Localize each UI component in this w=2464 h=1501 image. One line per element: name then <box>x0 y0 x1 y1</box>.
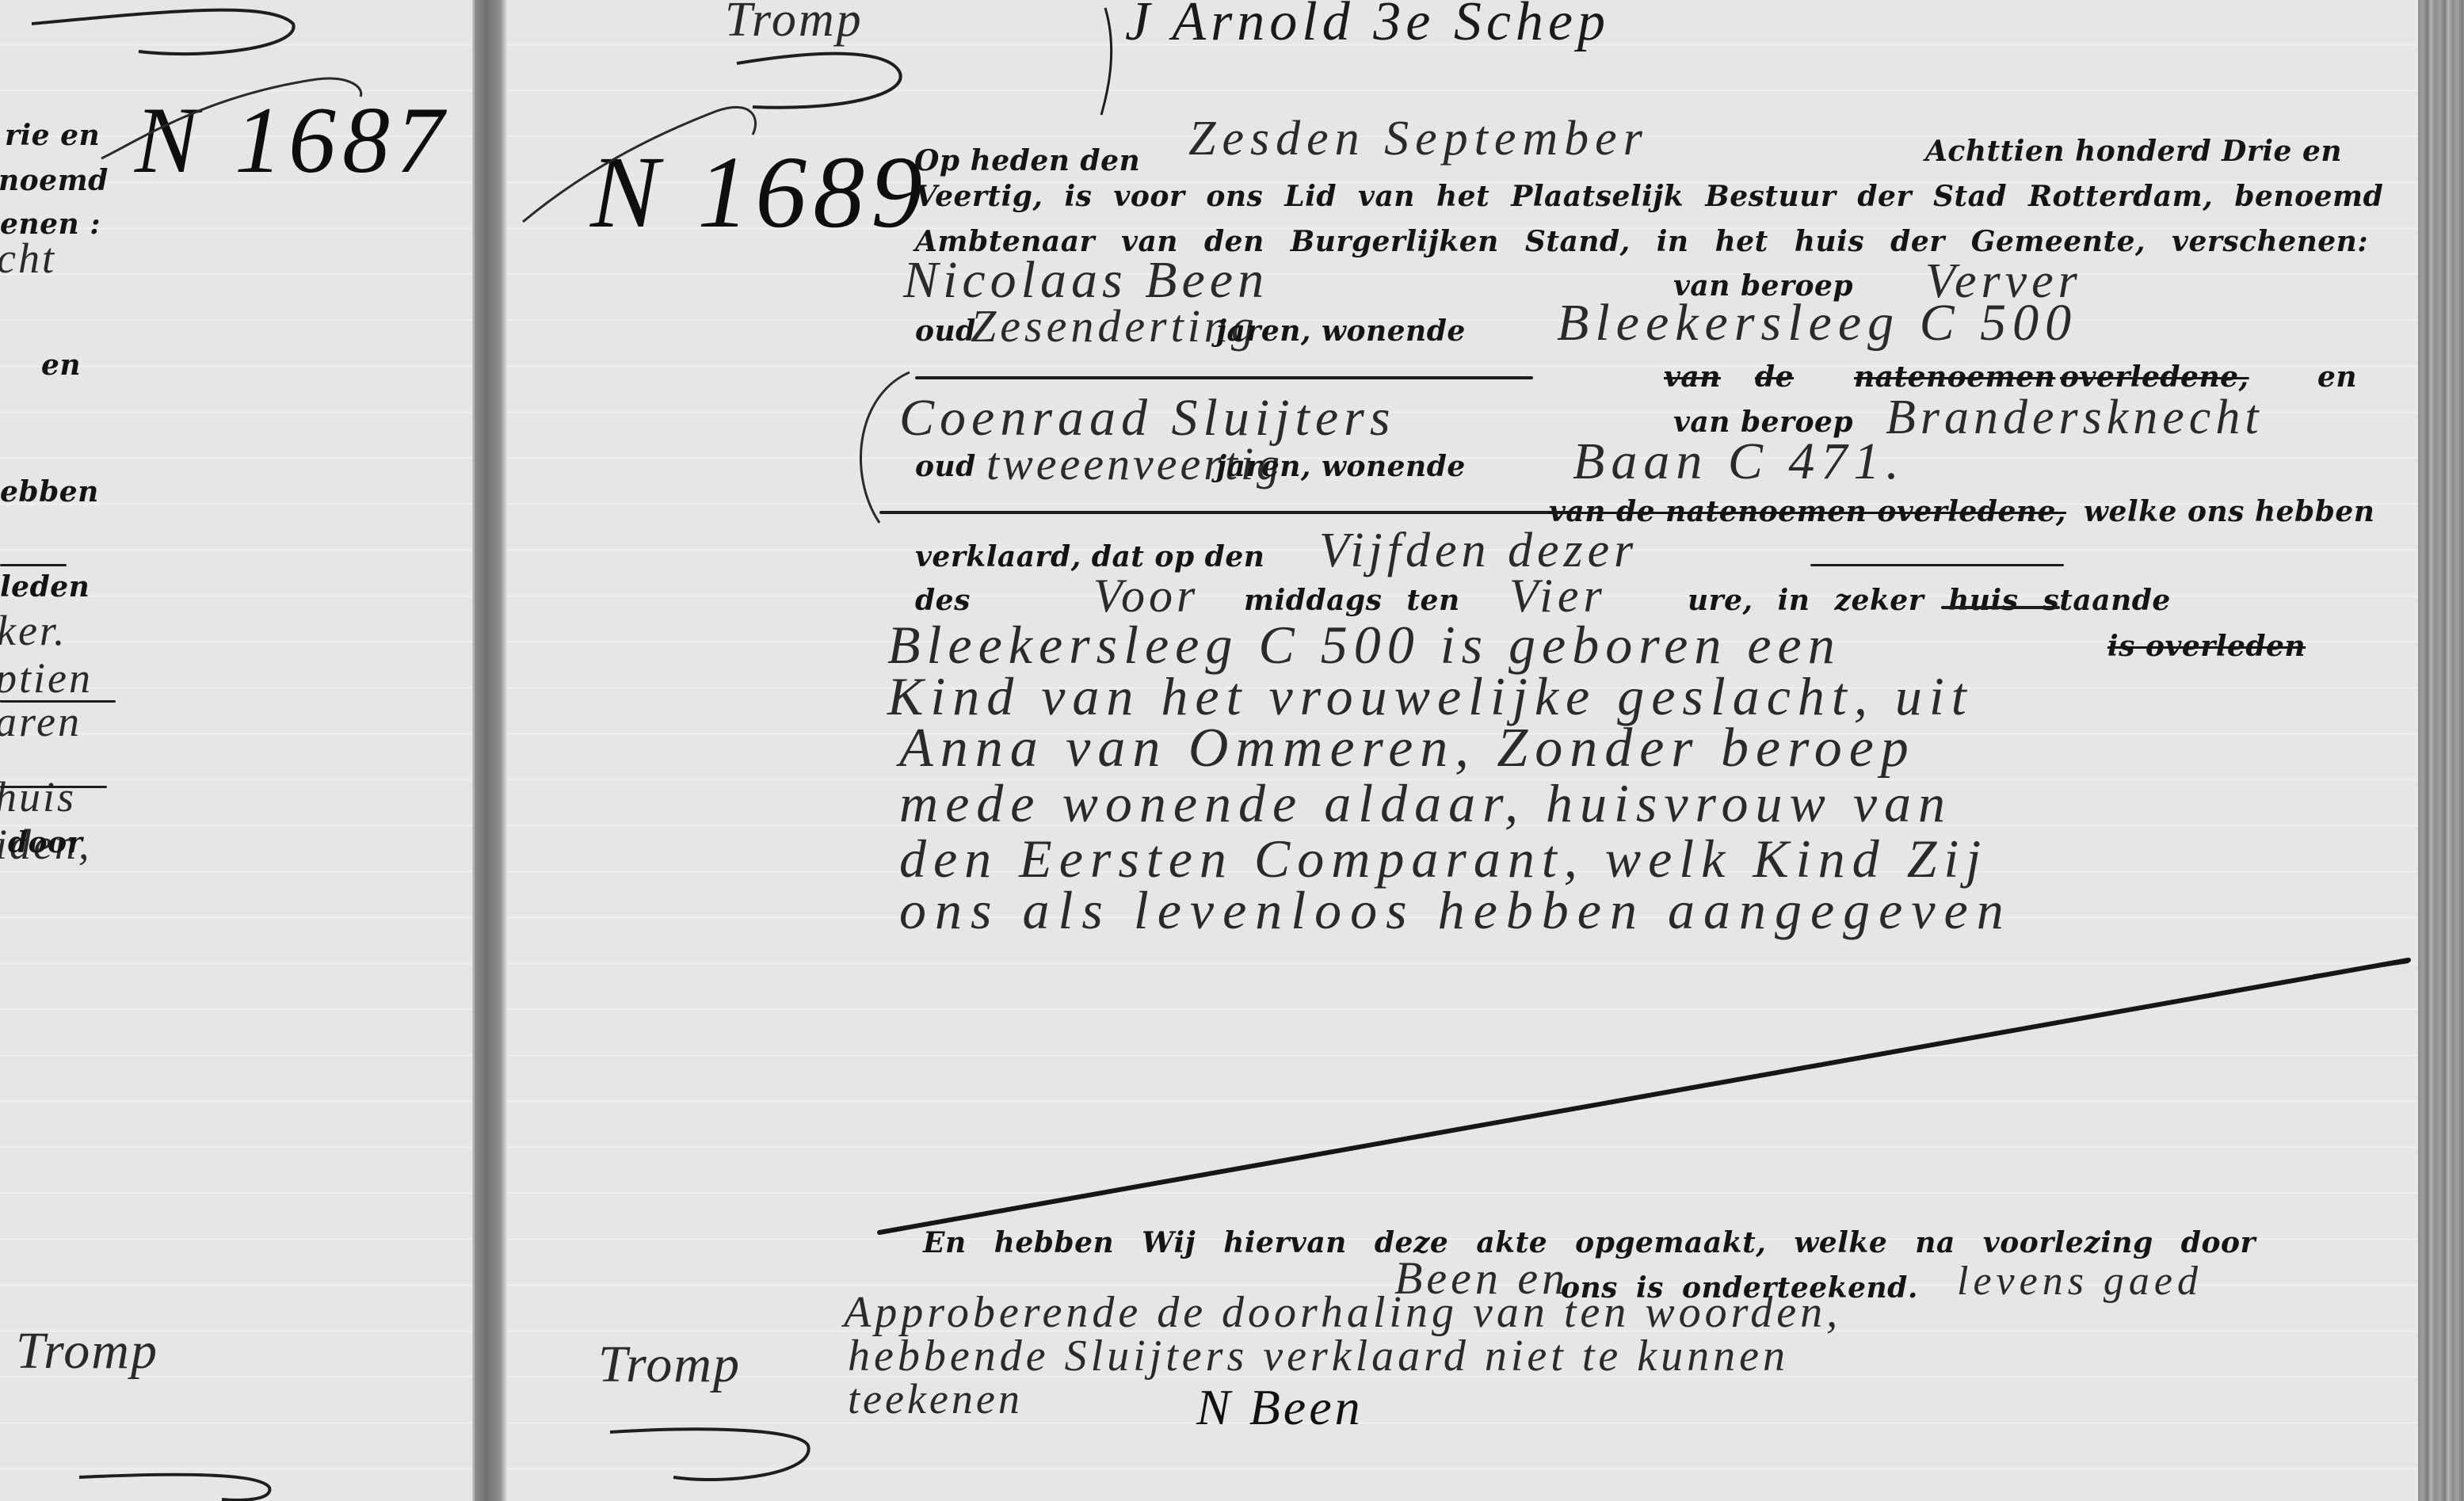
handwritten-declarant-address: Bleekersleeg C 500 <box>1557 293 2077 353</box>
printed-line-2: Veertig, is voor ons Lid van het Plaatse… <box>915 180 2383 213</box>
left-printed-fragment: leden <box>0 570 90 604</box>
right-page-edge <box>2418 0 2464 1501</box>
signature-official: Tromp <box>598 1335 741 1395</box>
printed-closing-1: En hebben Wij hiervan deze akte opgemaak… <box>923 1226 2256 1259</box>
handwritten-declarant-age: Zesenderting <box>971 299 1258 352</box>
printed-jaren-wonende-2: jaren, wonende <box>1216 450 1466 483</box>
printed-verklaard: verklaard, dat op den <box>915 540 1264 573</box>
left-printed-fragment: noemd <box>0 164 109 197</box>
left-rule <box>0 564 67 566</box>
left-printed-fragment: ebben <box>0 475 99 509</box>
printed-middags-ten: middags ten <box>1244 584 1460 617</box>
struck-natenoemen: natenoemen <box>1854 360 2055 394</box>
left-rule <box>0 786 107 788</box>
blank-line-rule <box>1810 564 2064 566</box>
left-handwritten-fragment: aren <box>0 697 82 746</box>
right-page: Tromp J Arnold 3e Schep N 1689 Op heden … <box>507 0 2418 1501</box>
printed-ure-huis: ure, in zeker huis staande <box>1688 584 2171 617</box>
handwritten-body-line-17: ons als levenloos hebben aangegeven <box>899 879 2012 942</box>
printed-en: en <box>2317 360 2357 394</box>
entry-number: N 1689 <box>590 133 929 252</box>
left-printed-fragment: en <box>41 349 81 382</box>
printed-oud-2: oud <box>915 450 976 483</box>
handwritten-witness-address: Baan C 471. <box>1573 432 1905 492</box>
blank-line-rule <box>1941 606 2060 609</box>
handwritten-teekenen: teekenen <box>848 1374 1023 1423</box>
struck-overledene: overledene, <box>2060 360 2249 394</box>
printed-line-1a: Op heden den <box>914 144 1140 177</box>
handwritten-body-line-14: Anna van Ommeren, Zonder beroep <box>899 717 1916 780</box>
left-printed-fragment: rie en <box>5 119 100 152</box>
signature-declarant: N Been <box>1196 1378 1364 1437</box>
struck-is-overleden: is overleden <box>2107 630 2306 663</box>
handwritten-closing-2: levens gaed <box>1957 1258 2203 1305</box>
left-entry-number: N 1687 <box>135 86 450 195</box>
left-page: rie en noemd enen : cht en ebben leden k… <box>0 0 472 1501</box>
header-handwriting: J Arnold 3e Schep <box>1125 0 1610 54</box>
left-margin-signature: Tromp <box>16 1321 158 1381</box>
header-signature: Tromp <box>725 0 864 48</box>
handwritten-body-line-15: mede wonende aldaar, huisvrouw van <box>899 772 1952 835</box>
left-rule <box>0 700 116 703</box>
left-printed-fragment: door <box>8 826 82 859</box>
printed-line-1b: Achttien honderd Drie en <box>1925 135 2342 168</box>
blank-line-rule <box>879 511 1577 514</box>
printed-des: des <box>915 584 971 617</box>
handwritten-date: Zesden September <box>1188 111 1649 167</box>
left-handwritten-fragment: cht <box>0 234 56 283</box>
left-handwritten-fragment: ker. <box>0 606 67 655</box>
handwritten-witness-occupation: Brandersknecht <box>1886 390 2264 446</box>
printed-text: Op heden den <box>914 127 1140 182</box>
left-handwritten-fragment: ptien <box>0 653 93 703</box>
printed-oud: oud <box>915 314 976 348</box>
printed-welke-ons-hebben: welke ons hebben <box>2084 495 2374 528</box>
blank-line-rule <box>915 376 1533 379</box>
printed-jaren-wonende: jaren, wonende <box>1216 314 1466 348</box>
book-gutter <box>472 0 507 1501</box>
struck-de: de <box>1755 360 1794 394</box>
struck-van: van <box>1664 360 1721 394</box>
left-handwritten-fragment: huis <box>0 772 76 821</box>
